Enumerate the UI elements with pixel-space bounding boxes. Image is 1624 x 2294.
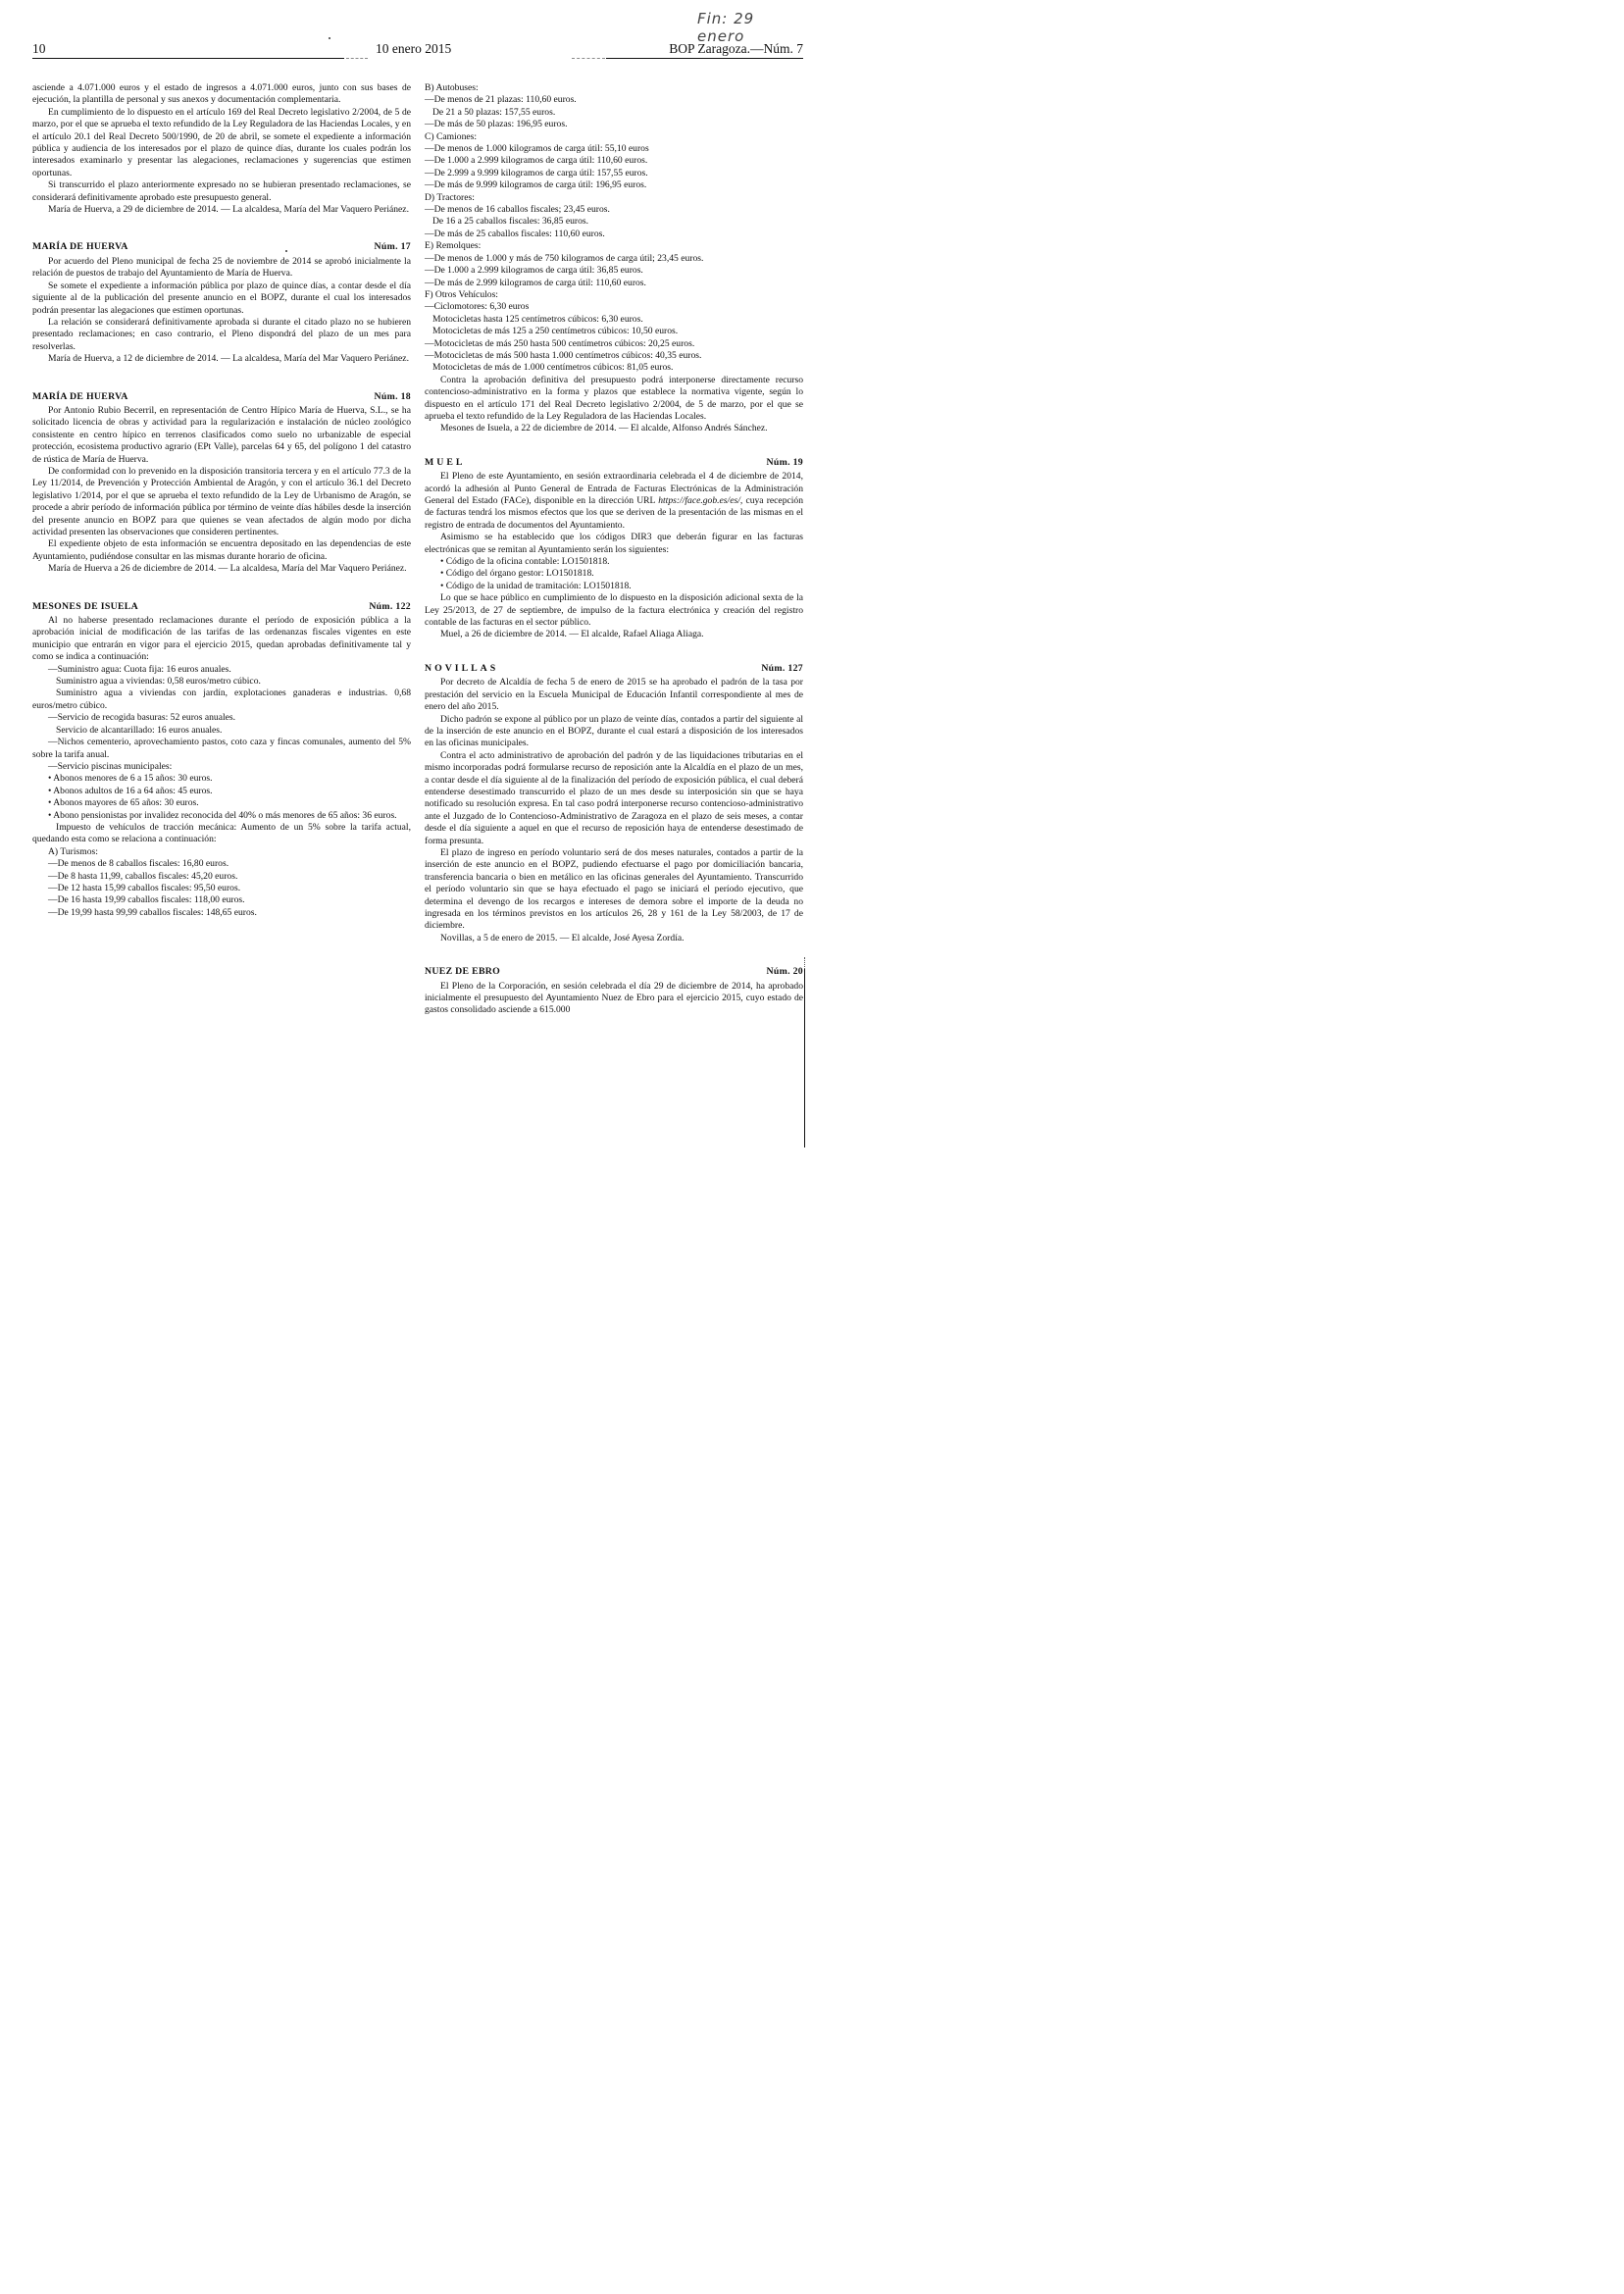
section-header: MARÍA DE HUERVA Núm. 18: [32, 391, 411, 403]
section-number: Núm. 18: [375, 391, 411, 403]
list-item: Motocicletas hasta 125 centímetros cúbic…: [425, 314, 803, 326]
list-item: —De más de 9.999 kilogramos de carga úti…: [425, 179, 803, 191]
section-title: NOVILLAS: [425, 663, 498, 675]
paragraph: Dicho padrón se expone al público por un…: [425, 714, 803, 750]
section-number: Núm. 19: [767, 457, 803, 469]
paragraph: En cumplimiento de lo dispuesto en el ar…: [32, 107, 411, 179]
section-header: MESONES DE ISUELA Núm. 122: [32, 601, 411, 613]
margin-dotted-line: [804, 957, 805, 969]
section-header: NUEZ DE EBRO Núm. 20: [425, 966, 803, 978]
list-item: —De más de 50 plazas: 196,95 euros.: [425, 119, 803, 130]
paragraph: Por acuerdo del Pleno municipal de fecha…: [32, 256, 411, 280]
list-item: —Ciclomotores: 6,30 euros: [425, 301, 803, 313]
paragraph: Lo que se hace público en cumplimiento d…: [425, 592, 803, 629]
signature: Novillas, a 5 de enero de 2015. — El alc…: [425, 933, 803, 944]
margin-rule: [804, 969, 805, 1147]
list-item: —De 16 hasta 19,99 caballos fiscales: 11…: [32, 894, 411, 906]
paragraph: Impuesto de vehículos de tracción mecáni…: [32, 822, 411, 846]
list-item: • Abono pensionistas por invalidez recon…: [32, 810, 411, 822]
list-item: De 16 a 25 caballos fiscales: 36,85 euro…: [425, 216, 803, 228]
header-rule-dashed: [572, 58, 605, 59]
scan-speck: [285, 250, 287, 252]
list-item: —De menos de 21 plazas: 110,60 euros.: [425, 94, 803, 106]
list-heading: D) Tractores:: [425, 192, 803, 204]
list-item: Motocicletas de más 125 a 250 centímetro…: [425, 326, 803, 337]
document-page: Fin: 29 enero 10 10 enero 2015 BOP Zarag…: [32, 0, 803, 1157]
list-item: —De 1.000 a 2.999 kilogramos de carga út…: [425, 265, 803, 277]
list-item: Motocicletas de más de 1.000 centímetros…: [425, 362, 803, 374]
issue-date: 10 enero 2015: [376, 41, 451, 57]
list-item: • Código de la oficina contable: LO15018…: [425, 556, 803, 568]
signature: María de Huerva, a 29 de diciembre de 20…: [32, 204, 411, 216]
paragraph: Se somete el expediente a información pú…: [32, 280, 411, 317]
list-item: —Servicio piscinas municipales:: [32, 761, 411, 773]
section-number: Núm. 20: [767, 966, 803, 978]
paragraph: Asimismo se ha establecido que los códig…: [425, 532, 803, 556]
section-header: MUEL Núm. 19: [425, 457, 803, 469]
paragraph: El plazo de ingreso en período voluntari…: [425, 847, 803, 933]
page-number: 10: [32, 41, 46, 57]
header-rule: [32, 58, 344, 59]
paragraph: El expediente objeto de esta información…: [32, 538, 411, 563]
list-item: • Abonos adultos de 16 a 64 años: 45 eur…: [32, 786, 411, 797]
scan-speck: [329, 37, 330, 39]
section-header: MARÍA DE HUERVA Núm. 17: [32, 241, 411, 253]
page-header: 10 10 enero 2015 BOP Zaragoza.—Núm. 7: [32, 37, 803, 59]
signature: María de Huerva, a 12 de diciembre de 20…: [32, 353, 411, 365]
publication-title: BOP Zaragoza.—Núm. 7: [669, 41, 803, 57]
list-item: —Servicio de recogida basuras: 52 euros …: [32, 712, 411, 724]
list-heading: C) Camiones:: [425, 131, 803, 143]
section-title: MARÍA DE HUERVA: [32, 391, 128, 403]
list-item: —De menos de 1.000 y más de 750 kilogram…: [425, 253, 803, 265]
paragraph: De conformidad con lo prevenido en la di…: [32, 466, 411, 538]
section-title: MARÍA DE HUERVA: [32, 241, 128, 253]
list-item: • Abonos mayores de 65 años: 30 euros.: [32, 797, 411, 809]
list-item: —De 19,99 hasta 99,99 caballos fiscales:…: [32, 907, 411, 919]
list-item: Suministro agua a viviendas: 0,58 euros/…: [32, 676, 411, 688]
list-item: • Código de la unidad de tramitación: LO…: [425, 581, 803, 592]
face-url-link[interactable]: https://face.gob.es/es/: [658, 495, 740, 506]
list-heading: A) Turismos:: [32, 846, 411, 858]
signature: Muel, a 26 de diciembre de 2014. — El al…: [425, 629, 803, 640]
list-item: Servicio de alcantarillado: 16 euros anu…: [32, 725, 411, 737]
list-item: —De 2.999 a 9.999 kilogramos de carga út…: [425, 168, 803, 179]
header-rule-dashed: [346, 58, 368, 59]
list-item: De 21 a 50 plazas: 157,55 euros.: [425, 107, 803, 119]
list-item: —De 8 hasta 11,99, caballos fiscales: 45…: [32, 871, 411, 883]
paragraph: Por decreto de Alcaldía de fecha 5 de en…: [425, 677, 803, 713]
paragraph: La relación se considerará definitivamen…: [32, 317, 411, 353]
signature: Mesones de Isuela, a 22 de diciembre de …: [425, 423, 803, 434]
left-column: asciende a 4.071.000 euros y el estado d…: [32, 82, 411, 919]
list-item: —De más de 2.999 kilogramos de carga úti…: [425, 278, 803, 289]
list-item: —De 1.000 a 2.999 kilogramos de carga út…: [425, 155, 803, 167]
list-heading: E) Remolques:: [425, 240, 803, 252]
list-item: —De menos de 16 caballos fiscales; 23,45…: [425, 204, 803, 216]
section-title: MESONES DE ISUELA: [32, 601, 138, 613]
list-heading: B) Autobuses:: [425, 82, 803, 94]
section-number: Núm. 127: [761, 663, 803, 675]
right-column: B) Autobuses: —De menos de 21 plazas: 11…: [425, 82, 803, 1017]
list-heading: F) Otros Vehículos:: [425, 289, 803, 301]
signature: María de Huerva a 26 de diciembre de 201…: [32, 563, 411, 575]
header-rule: [606, 58, 803, 59]
list-item: —De menos de 8 caballos fiscales: 16,80 …: [32, 858, 411, 870]
paragraph: El Pleno de este Ayuntamiento, en sesión…: [425, 471, 803, 532]
list-item: —De 12 hasta 15,99 caballos fiscales: 95…: [32, 883, 411, 894]
section-number: Núm. 17: [375, 241, 411, 253]
list-item: —De más de 25 caballos fiscales: 110,60 …: [425, 229, 803, 240]
paragraph: asciende a 4.071.000 euros y el estado d…: [32, 82, 411, 107]
paragraph: Contra el acto administrativo de aprobac…: [425, 750, 803, 847]
list-item: • Abonos menores de 6 a 15 años: 30 euro…: [32, 773, 411, 785]
list-item: —Suministro agua: Cuota fija: 16 euros a…: [32, 664, 411, 676]
paragraph: Si transcurrido el plazo anteriormente e…: [32, 179, 411, 204]
list-item: —De menos de 1.000 kilogramos de carga ú…: [425, 143, 803, 155]
list-item: —Motocicletas de más 500 hasta 1.000 cen…: [425, 350, 803, 362]
section-title: NUEZ DE EBRO: [425, 966, 500, 978]
section-title: MUEL: [425, 457, 465, 469]
paragraph: Contra la aprobación definitiva del pres…: [425, 375, 803, 424]
section-header: NOVILLAS Núm. 127: [425, 663, 803, 675]
list-item: • Código del órgano gestor: LO1501818.: [425, 568, 803, 580]
list-item: —Nichos cementerio, aprovechamiento past…: [32, 737, 411, 761]
paragraph: Al no haberse presentado reclamaciones d…: [32, 615, 411, 664]
list-item: —Motocicletas de más 250 hasta 500 centí…: [425, 338, 803, 350]
section-number: Núm. 122: [369, 601, 411, 613]
paragraph: Por Antonio Rubio Becerril, en represent…: [32, 405, 411, 466]
paragraph: El Pleno de la Corporación, en sesión ce…: [425, 981, 803, 1017]
list-item: Suministro agua a viviendas con jardín, …: [32, 688, 411, 712]
